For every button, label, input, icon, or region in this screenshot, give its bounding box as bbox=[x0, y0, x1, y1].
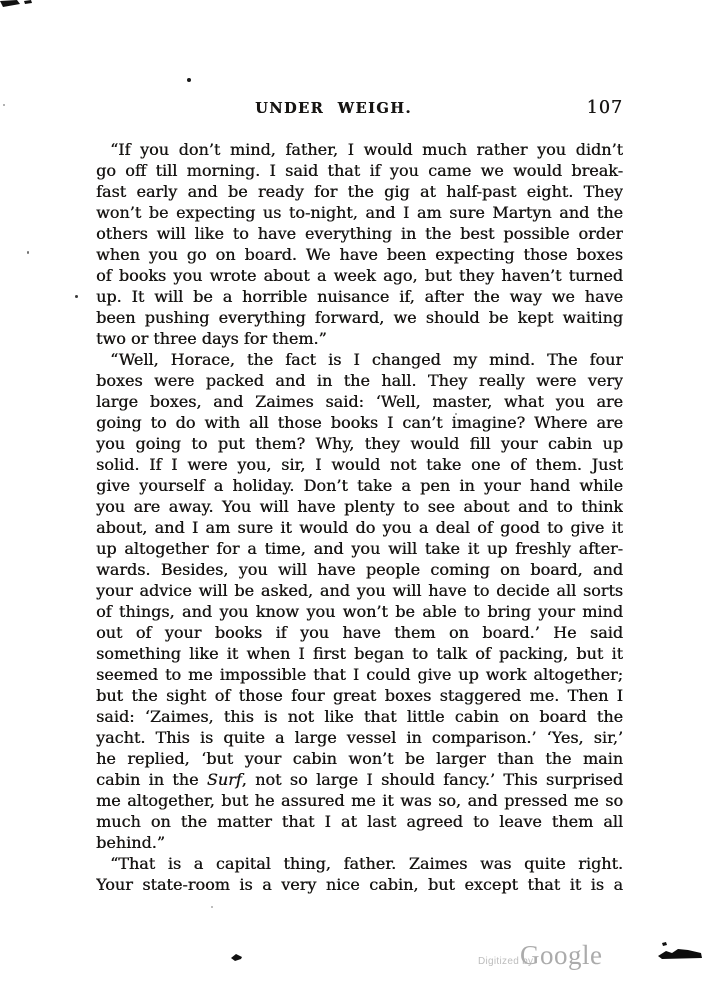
text-line: he replied, ‘but your cabin won’t be lar… bbox=[96, 748, 623, 769]
plain-text: cabin in the bbox=[96, 770, 207, 789]
google-logo: Google bbox=[520, 940, 602, 971]
text-line: out of your books if you have them on bo… bbox=[96, 622, 623, 643]
scan-speck-icon bbox=[75, 295, 78, 298]
text-line: said: ‘Zaimes, this is not like that lit… bbox=[96, 706, 623, 727]
text-line: behind.” bbox=[96, 832, 623, 853]
text-line: of things, and you know you won’t be abl… bbox=[96, 601, 623, 622]
text-line: yacht. This is quite a large vessel in c… bbox=[96, 727, 623, 748]
scan-speck-icon bbox=[3, 104, 5, 106]
running-header: UNDER WEIGH. 107 bbox=[96, 100, 623, 120]
text-line: others will like to have everything in t… bbox=[96, 223, 623, 244]
body-text: “If you don’t mind, father, I would much… bbox=[96, 139, 623, 895]
scan-speck-icon bbox=[455, 413, 457, 415]
text-line: large boxes, and Zaimes said: ‘Well, mas… bbox=[96, 391, 623, 412]
text-line: fast early and be ready for the gig at h… bbox=[96, 181, 623, 202]
text-line: Your state-room is a very nice cabin, bu… bbox=[96, 874, 623, 895]
scan-speck-icon bbox=[211, 906, 213, 908]
text-line: give yourself a holiday. Don’t take a pe… bbox=[96, 475, 623, 496]
text-line: something like it when I first began to … bbox=[96, 643, 623, 664]
text-line: of books you wrote about a week ago, but… bbox=[96, 265, 623, 286]
text-line: go off till morning. I said that if you … bbox=[96, 160, 623, 181]
text-line: much on the matter that I at last agreed… bbox=[96, 811, 623, 832]
text-line: seemed to me impossible that I could giv… bbox=[96, 664, 623, 685]
scan-mark-bottom-center-icon bbox=[231, 954, 243, 962]
scan-speck-icon bbox=[27, 251, 29, 254]
text-line: your advice will be asked, and you will … bbox=[96, 580, 623, 601]
text-line: boxes were packed and in the hall. They … bbox=[96, 370, 623, 391]
text-line: going to do with all those books I can’t… bbox=[96, 412, 623, 433]
text-line: been pushing everything forward, we shou… bbox=[96, 307, 623, 328]
watermark: Digitized by Google bbox=[478, 944, 628, 976]
plain-text: , not so large I should fancy.’ This sur… bbox=[242, 770, 623, 789]
text-line: you going to put them? Why, they would f… bbox=[96, 433, 623, 454]
text-line: two or three days for them.” bbox=[96, 328, 623, 349]
text-line: but the sight of those four great boxes … bbox=[96, 685, 623, 706]
text-line: won’t be expecting us to-night, and I am… bbox=[96, 202, 623, 223]
text-line: when you go on board. We have been expec… bbox=[96, 244, 623, 265]
text-line: solid. If I were you, sir, I would not t… bbox=[96, 454, 623, 475]
text-line: “That is a capital thing, father. Zaimes… bbox=[96, 853, 623, 874]
text-line: “If you don’t mind, father, I would much… bbox=[96, 139, 623, 160]
running-title: UNDER WEIGH. bbox=[96, 100, 571, 117]
italic-text: Surf bbox=[207, 770, 242, 789]
text-line: up. It will be a horrible nuisance if, a… bbox=[96, 286, 623, 307]
text-line: wards. Besides, you will have people com… bbox=[96, 559, 623, 580]
book-page: UNDER WEIGH. 107 “If you don’t mind, fat… bbox=[0, 0, 718, 1000]
text-line: you are away. You will have plenty to se… bbox=[96, 496, 623, 517]
text-line: “Well, Horace, the fact is I changed my … bbox=[96, 349, 623, 370]
text-line: about, and I am sure it would do you a d… bbox=[96, 517, 623, 538]
text-line: up altogether for a time, and you will t… bbox=[96, 538, 623, 559]
scan-smudge-top-left-icon bbox=[0, 0, 40, 10]
text-line: me altogether, but he assured me it was … bbox=[96, 790, 623, 811]
page-number: 107 bbox=[587, 98, 623, 118]
scan-speck-icon bbox=[187, 78, 191, 82]
scan-smudge-bottom-right-icon bbox=[656, 940, 706, 964]
text-line: cabin in the Surf, not so large I should… bbox=[96, 769, 623, 790]
